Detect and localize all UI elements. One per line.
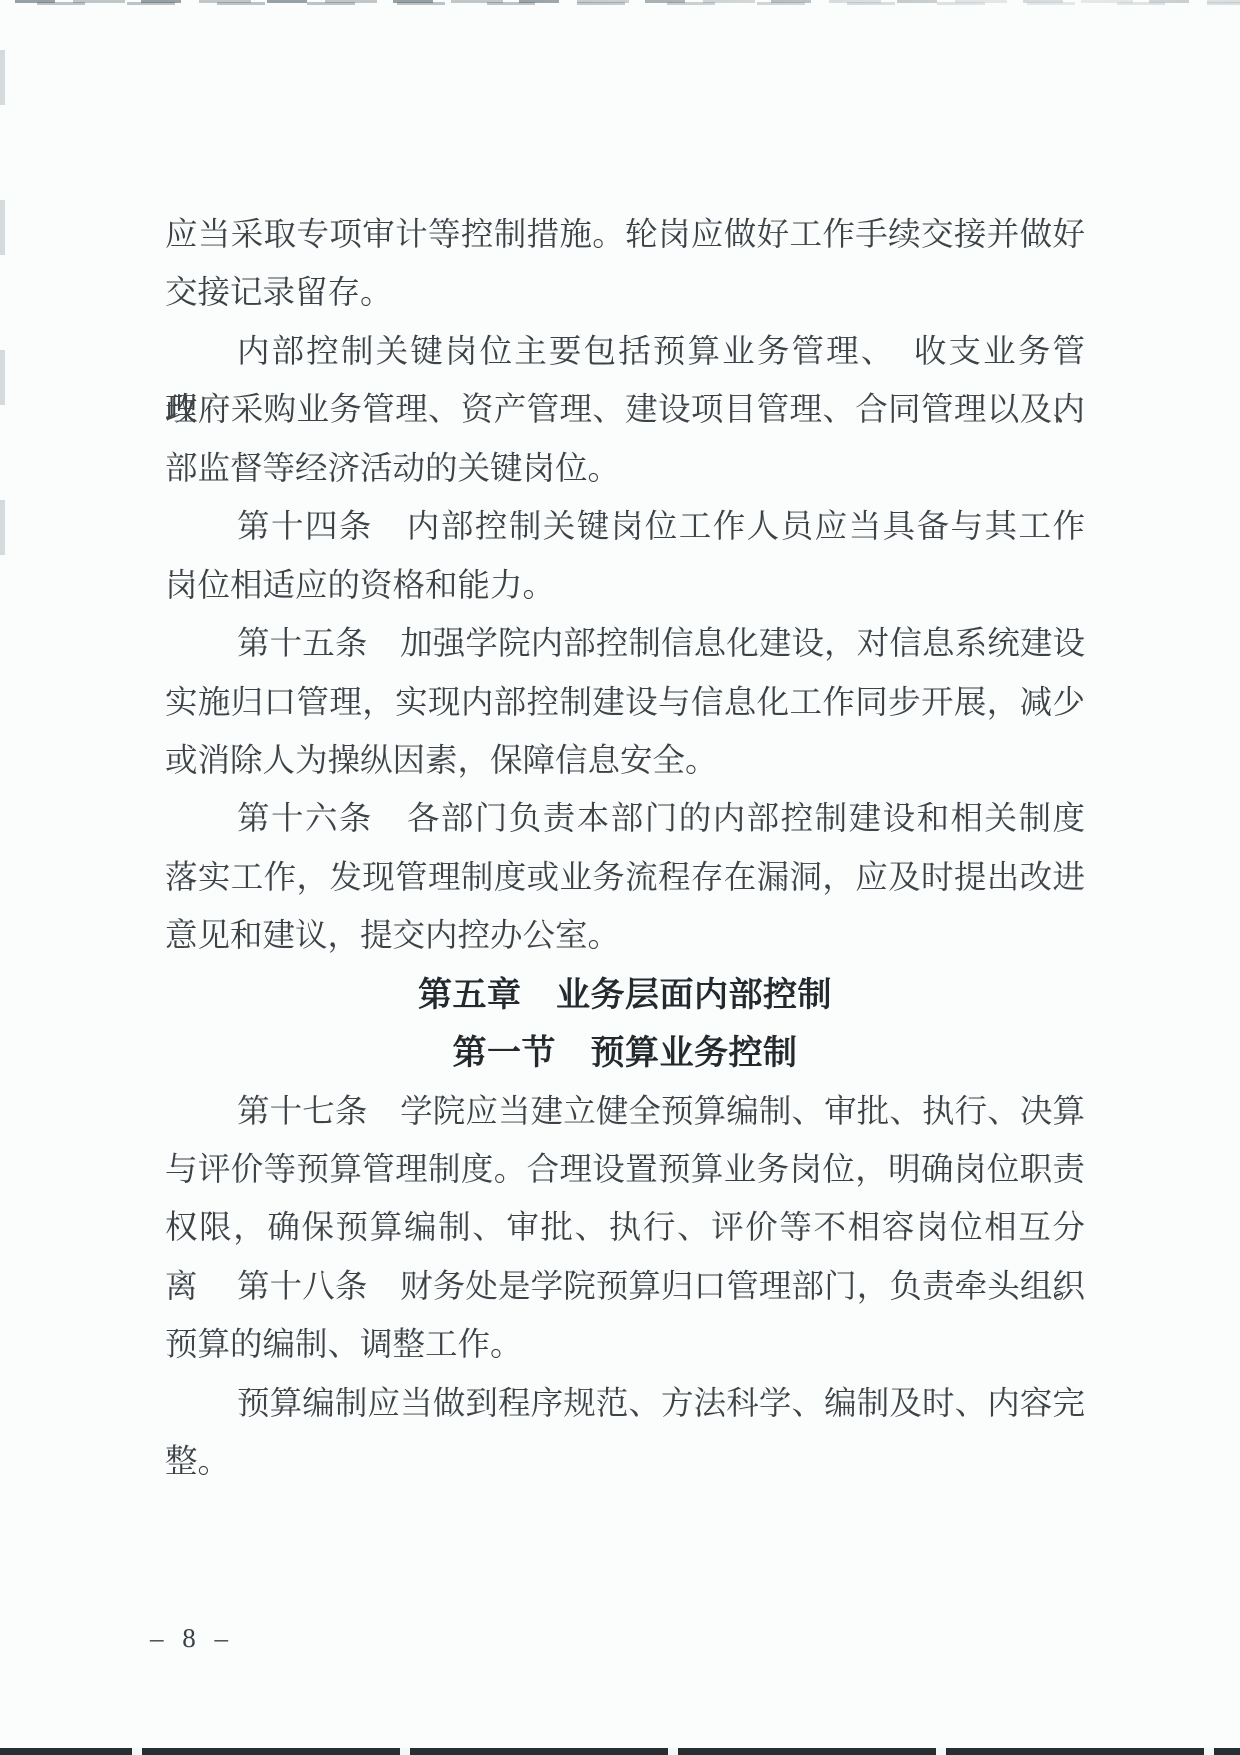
text-line-11: 第十六条 各部门负责本部门的内部控制建设和相关制度	[165, 790, 1085, 848]
section-heading: 第一节 预算业务控制	[165, 1024, 1085, 1082]
text-line-7: 岗位相适应的资格和能力。	[165, 557, 1085, 615]
text-line-1: 应当采取专项审计等控制措施。轮岗应做好工作手续交接并做好	[165, 206, 1085, 264]
text-line-10: 或消除人为操纵因素，保障信息安全。	[165, 732, 1085, 790]
text-line-16: 第十七条 学院应当建立健全预算编制、审批、执行、决算	[165, 1083, 1085, 1141]
text-line-4: 政府采购业务管理、资产管理、建设项目管理、合同管理以及内	[165, 381, 1085, 439]
scan-edge-left	[0, 50, 5, 590]
text-line-20: 预算的编制、调整工作。	[165, 1316, 1085, 1374]
text-line-22: 整。	[165, 1433, 1085, 1491]
page-number: – 8 –	[150, 1612, 234, 1664]
text-line-17: 与评价等预算管理制度。合理设置预算业务岗位，明确岗位职责	[165, 1141, 1085, 1199]
text-line-18: 权限，确保预算编制、审批、执行、评价等不相容岗位相互分离。	[165, 1199, 1085, 1257]
scan-edge-top	[15, 0, 1240, 7]
text-line-6: 第十四条 内部控制关键岗位工作人员应当具备与其工作	[165, 498, 1085, 556]
document-text-block: 应当采取专项审计等控制措施。轮岗应做好工作手续交接并做好交接记录留存。内部控制关…	[165, 206, 1085, 1492]
text-line-21: 预算编制应当做到程序规范、方法科学、编制及时、内容完	[165, 1375, 1085, 1433]
scanned-page: { "page": { "background": "#fbfdfd", "pa…	[0, 0, 1240, 1755]
text-line-9: 实施归口管理，实现内部控制建设与信息化工作同步开展，减少	[165, 674, 1085, 732]
document-page: 应当采取专项审计等控制措施。轮岗应做好工作手续交接并做好交接记录留存。内部控制关…	[0, 0, 1240, 1755]
text-line-13: 意见和建议，提交内控办公室。	[165, 907, 1085, 965]
text-line-19: 第十八条 财务处是学院预算归口管理部门，负责牵头组织	[165, 1258, 1085, 1316]
text-line-8: 第十五条 加强学院内部控制信息化建设，对信息系统建设	[165, 615, 1085, 673]
text-line-2: 交接记录留存。	[165, 264, 1085, 322]
chapter-heading: 第五章 业务层面内部控制	[165, 966, 1085, 1024]
scan-edge-bottom	[0, 1748, 1240, 1755]
text-line-3: 内部控制关键岗位主要包括预算业务管理、 收支业务管理、	[165, 323, 1085, 381]
text-line-5: 部监督等经济活动的关键岗位。	[165, 440, 1085, 498]
text-line-12: 落实工作，发现管理制度或业务流程存在漏洞，应及时提出改进	[165, 849, 1085, 907]
